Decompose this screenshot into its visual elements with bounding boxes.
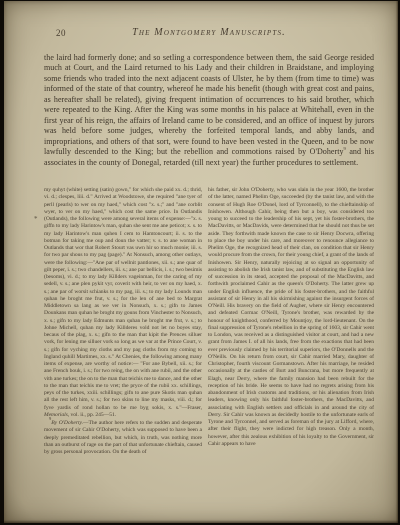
scan-edge-shadow-bottom: [4, 520, 398, 523]
book-page-scan: 20 The Montgomery Manuscripts. the laird…: [4, 1, 398, 523]
margin-asterisk-mark: *: [34, 215, 38, 223]
body-text-before-marker: the laird had formerly done; and so setl…: [44, 53, 374, 156]
running-title: The Montgomery Manuscripts.: [44, 27, 374, 38]
body-paragraph: the laird had formerly done; and so setl…: [44, 53, 374, 168]
footnote8-citation-author: Fraser,: [187, 405, 202, 411]
footnote-column-left: my quhyt (white) setting (satin) gown," …: [44, 187, 202, 489]
footnote-column-right: his father, sir John O'Doherty, who was …: [208, 187, 374, 489]
footnote-area: my quhyt (white) setting (satin) gown," …: [44, 187, 374, 489]
footnote8-citation-pages: , vol. ii., pp. 245—51.: [68, 412, 116, 418]
footnote8-text: my quhyt (white) setting (satin) gown," …: [44, 187, 202, 411]
page-number: 20: [56, 28, 66, 38]
footnote9-title: By O'Doherty.: [51, 420, 83, 426]
footnote9-text-right: his father, sir John O'Doherty, who was …: [208, 187, 374, 448]
footnote8-citation-work: Memorials: [44, 412, 68, 418]
main-text-block: the laird had formerly done; and so setl…: [44, 53, 374, 185]
page-header: 20 The Montgomery Manuscripts.: [44, 27, 374, 41]
footnote9-paragraph: 9By O'Doherty.—The author here refers to…: [44, 419, 202, 456]
scan-edge-shadow-right: [396, 1, 398, 523]
footnote8-continuation: my quhyt (white) setting (satin) gown," …: [44, 187, 202, 419]
